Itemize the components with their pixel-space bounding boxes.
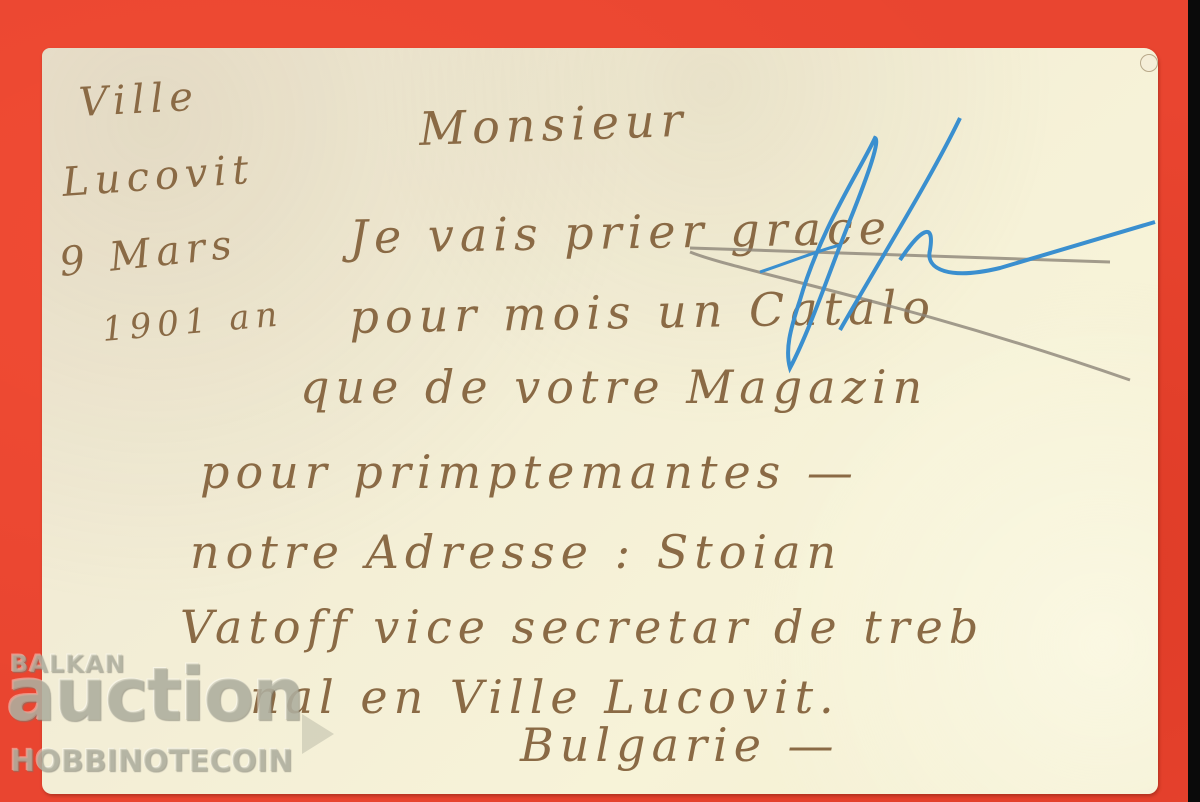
body-line-3: pour mois un Catalo (349, 280, 936, 344)
body-line-6: notre Adresse : Stoian (190, 525, 842, 579)
card-corner-damage (1140, 54, 1158, 72)
watermark-bottom-text: HOBBINOTECOIN (10, 744, 293, 779)
body-line-5: pour primptemantes — (200, 445, 859, 499)
image-edge-strip (1188, 0, 1200, 802)
watermark-main-text: auction (6, 658, 303, 732)
body-line-2: Je vais prier grace (349, 201, 892, 264)
margin-note-line-1: Ville (78, 74, 200, 126)
body-line-1: Monsieur (418, 93, 689, 156)
watermark: BALKAN auction HOBBINOTECOIN (6, 648, 346, 788)
body-line-4: que de votre Magazin (300, 360, 928, 414)
body-line-9: Bulgarie — (520, 718, 840, 772)
play-icon (302, 714, 334, 754)
body-line-7: Vatoff vice secretar de treb (180, 600, 984, 654)
